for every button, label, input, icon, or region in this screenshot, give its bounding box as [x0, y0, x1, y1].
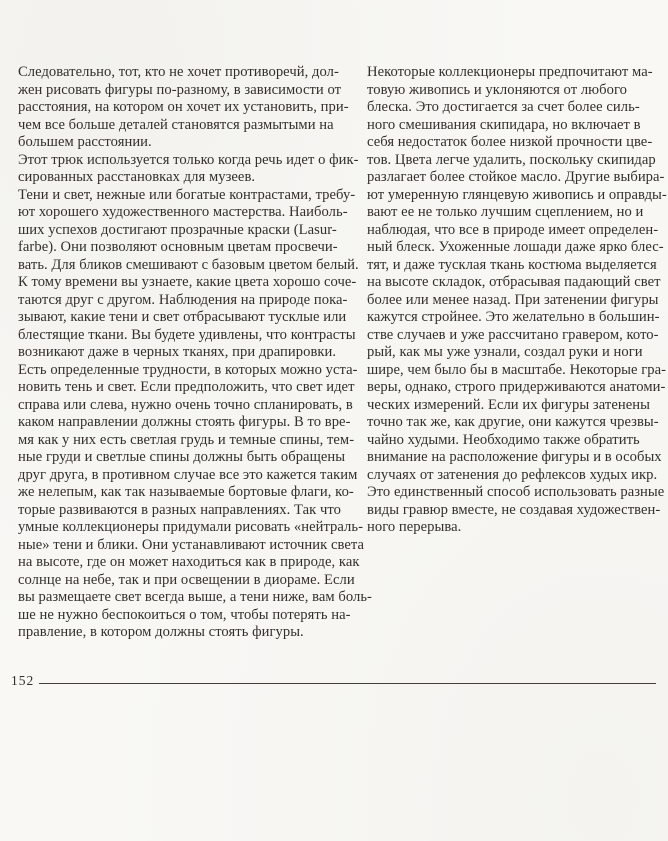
text-line: товую живопись и уклоняются от любого	[367, 82, 665, 100]
text-line: Это единственный способ использовать раз…	[367, 484, 665, 502]
text-line: сированных расстановках для музеев.	[18, 169, 364, 187]
text-line: блестящие ткани. Вы будете удивлены, что…	[18, 327, 364, 345]
text-line: ные» тени и блики. Они устанавливают ист…	[18, 537, 364, 555]
text-line: себя недостаток более низкой прочности ц…	[367, 134, 665, 152]
text-line: мя как у них есть светлая грудь и темные…	[18, 432, 364, 450]
page-footer: 152	[0, 670, 668, 694]
text-line: Следовательно, тот, кто не хочет противо…	[18, 64, 364, 82]
text-line: умные коллекционеры придумали рисовать «…	[18, 519, 364, 537]
text-line: блеска. Это достигается за счет более си…	[367, 99, 665, 117]
text-line: зывают, какие тени и свет отбрасывают ту…	[18, 309, 364, 327]
text-line: торые развиваются в разных направлениях.…	[18, 502, 364, 520]
text-line: на высоте, где он может находиться как в…	[18, 554, 364, 572]
text-line: ного смешивания скипидара, но включает в	[367, 117, 665, 135]
text-line: кажутся стройнее. Это желательно в больш…	[367, 309, 665, 327]
footer-rule	[39, 683, 656, 684]
text-line: каком направлении должны стоять фигуры. …	[18, 414, 364, 432]
text-line: чайно худыми. Необходимо также обратить	[367, 432, 665, 450]
text-line: ный блеск. Ухоженные лошади даже ярко бл…	[367, 239, 665, 257]
text-line: рый, как мы уже узнали, создал руки и но…	[367, 344, 665, 362]
text-line: жен рисовать фигуры по-разному, в зависи…	[18, 82, 364, 100]
text-line: farbe). Они позволяют основным цветам пр…	[18, 239, 364, 257]
text-line: Этот трюк используется только когда речь…	[18, 152, 364, 170]
text-line: вы размещаете свет всегда выше, а тени н…	[18, 589, 364, 607]
text-line: ческих измерений. Если их фигуры затенен…	[367, 397, 665, 415]
text-line: возникают даже в черных тканях, при драп…	[18, 344, 364, 362]
text-line: вать. Для бликов смешивают с базовым цве…	[18, 257, 364, 275]
text-line: точно так же, как другие, они кажутся чр…	[367, 414, 665, 432]
text-line: вают ее не только лучшим сцеплением, но …	[367, 204, 665, 222]
text-line: ные груди и светлые спины должны быть об…	[18, 449, 364, 467]
text-line: тов. Цвета легче удалить, поскольку скип…	[367, 152, 665, 170]
text-line: внимание на расположение фигуры и в особ…	[367, 449, 665, 467]
book-page: Следовательно, тот, кто не хочет противо…	[0, 0, 668, 841]
text-line: случаях от затенения до рефлексов худых …	[367, 467, 665, 485]
text-line: К тому времени вы узнаете, какие цвета х…	[18, 274, 364, 292]
page-number: 152	[11, 673, 34, 689]
text-line: таются друг с другом. Наблюдения на прир…	[18, 292, 364, 310]
text-line: ют хорошего художественного мастерства. …	[18, 204, 364, 222]
text-line: же нелепым, как так называемые бортовые …	[18, 484, 364, 502]
text-line: ют умеренную глянцевую живопись и оправд…	[367, 187, 665, 205]
text-line: тят, и даже тусклая ткань костюма выделя…	[367, 257, 665, 275]
text-line: разлагает более стойкое масло. Другие вы…	[367, 169, 665, 187]
text-line: виды гравюр вместе, не создавая художест…	[367, 502, 665, 520]
text-line: ших успехов достигают прозрачные краски …	[18, 222, 364, 240]
text-line: Есть определенные трудности, в которых м…	[18, 362, 364, 380]
text-line: Тени и свет, нежные или богатые контраст…	[18, 187, 364, 205]
text-line: ного перерыва.	[367, 519, 665, 537]
text-line: ше не нужно беспокоиться о том, чтобы по…	[18, 607, 364, 625]
text-line: на высоте складок, отбрасывая падающий с…	[367, 274, 665, 292]
text-line: справа или слева, нужно очень точно спла…	[18, 397, 364, 415]
text-line: расстояния, на котором он хочет их устан…	[18, 99, 364, 117]
text-line: Некоторые коллекционеры предпочитают ма-	[367, 64, 665, 82]
text-line: шире, чем было бы в масштабе. Некоторые …	[367, 362, 665, 380]
text-line: стве случаев и уже рассчитано гравером, …	[367, 327, 665, 345]
text-line: чем все больше деталей становятся размыт…	[18, 117, 364, 135]
text-line: наблюдая, что все в природе имеет опреде…	[367, 222, 665, 240]
text-line: друг друга, в противном случае все это к…	[18, 467, 364, 485]
right-text-column: Некоторые коллекционеры предпочитают ма-…	[367, 64, 665, 537]
text-line: правление, в котором должны стоять фигур…	[18, 624, 364, 642]
text-line: веры, однако, строго придерживаются анат…	[367, 379, 665, 397]
text-line: новить тень и свет. Если предположить, ч…	[18, 379, 364, 397]
text-line: более или менее назад. При затенении фиг…	[367, 292, 665, 310]
text-line: солнце на небе, так и при освещении в ди…	[18, 572, 364, 590]
text-line: большем расстоянии.	[18, 134, 364, 152]
left-text-column: Следовательно, тот, кто не хочет противо…	[18, 64, 364, 642]
